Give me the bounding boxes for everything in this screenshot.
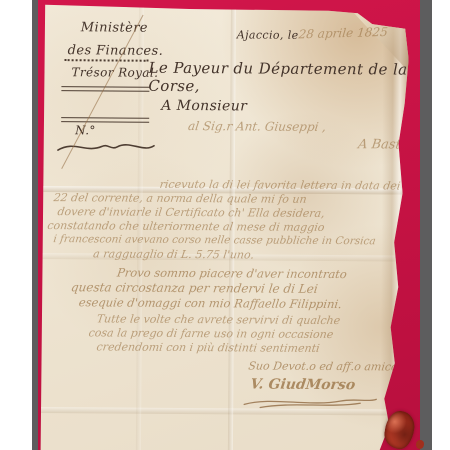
letterhead-ministry-line2: des Finances. [68,43,164,59]
address-recipient: al Sig.r Ant. Giuseppi , [187,119,327,134]
ink-smudge [399,141,422,156]
body-line: esequie d'omaggi con mio Raffaello Filip… [78,295,343,311]
salutation: A Monsieur [161,98,247,115]
photo-frame: Ministère des Finances. Trésor Royal. N.… [32,0,432,450]
body-line: ricevuto la di lei favorita lettera in d… [159,178,401,193]
signature: V. GiudMorso [249,376,356,393]
letterhead-dotted-rule [65,59,149,62]
photo-page: Ministère des Finances. Trésor Royal. N.… [0,0,450,450]
red-background: Ministère des Finances. Trésor Royal. N.… [38,0,420,450]
body-line: credendomi con i più distinti sentimenti [96,340,321,355]
letter-paper: Ministère des Finances. Trésor Royal. N.… [40,3,409,450]
wax-seal-speck [416,440,424,449]
body-line: cosa la prego di farne uso in ogni occas… [88,326,334,341]
body-line: questa circostanza per rendervi le di Le… [70,280,319,296]
body-line: Tutte le volte che avrete servirvi di qu… [96,312,341,327]
letterhead-rule [61,117,149,123]
payer-title: Le Payeur du Département de la Corse, [148,59,420,97]
valediction: Suo Devot.o ed aff.o amico [248,359,399,373]
body-line: dovere d'inviarle il Certificato ch' Ell… [57,205,326,220]
address-city: A Bastia [357,137,414,152]
signature-flourish [240,392,380,415]
body-line: a ragguaglio di L. 5.75 l'uno. [92,247,254,261]
body-line: 22 del corrente, a norma della quale mi … [53,191,308,206]
body-line: Provo sommo piacere d'aver incontrato [116,266,348,282]
body-line: constatando che ulteriormente al mese di… [47,219,326,234]
dateline-printed-place: Ajaccio, le [237,28,299,41]
dateline-handwritten-date: 28 aprile 1825 [298,25,388,41]
body-line: i francesconi avevano corso nelle casse … [53,233,377,247]
wax-seal [382,409,416,450]
